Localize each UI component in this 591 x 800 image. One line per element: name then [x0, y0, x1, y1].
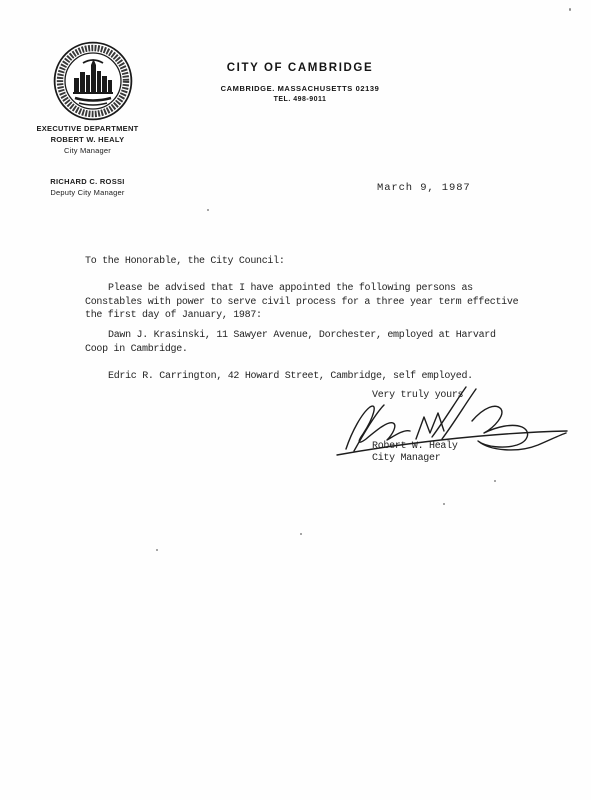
letter-body: To the Honorable, the City Council: Plea…	[85, 255, 521, 383]
paragraph-krasinski: Dawn J. Krasinski, 11 Sawyer Avenue, Dor…	[85, 329, 521, 356]
salutation: To the Honorable, the City Council:	[85, 255, 521, 269]
deputy-manager-title: Deputy City Manager	[25, 187, 150, 198]
letter-page: CITY OF CAMBRIDGE CAMBRIDGE. MASSACHUSET…	[0, 0, 591, 800]
signer-name: Robert W. Healy	[372, 441, 463, 454]
letterhead-phone: TEL. 498-9011	[185, 96, 415, 103]
letterhead: CITY OF CAMBRIDGE CAMBRIDGE. MASSACHUSET…	[185, 62, 415, 103]
letterhead-address: CAMBRIDGE. MASSACHUSETTS 02139	[185, 84, 415, 93]
letter-date: March 9, 1987	[377, 182, 471, 194]
city-manager-name: ROBERT W. HEALY	[25, 134, 150, 145]
letterhead-title: CITY OF CAMBRIDGE	[185, 62, 415, 74]
scan-speck	[569, 8, 571, 11]
closing-block: Very truly yours Robert W. Healy City Ma…	[372, 389, 463, 466]
scan-speck	[443, 503, 445, 505]
scan-speck	[156, 549, 158, 551]
paragraph-carrington: Edric R. Carrington, 42 Howard Street, C…	[85, 370, 521, 384]
scan-speck	[300, 533, 302, 535]
scan-speck	[207, 209, 209, 211]
executive-department-block: EXECUTIVE DEPARTMENT ROBERT W. HEALY Cit…	[25, 123, 150, 156]
paragraph-appointment: Please be advised that I have appointed …	[85, 282, 521, 323]
deputy-manager-block: RICHARD C. ROSSI Deputy City Manager	[25, 176, 150, 198]
city-of-cambridge-seal-icon	[53, 41, 133, 121]
scan-speck	[494, 480, 496, 482]
closing-phrase: Very truly yours	[372, 389, 463, 403]
deputy-manager-name: RICHARD C. ROSSI	[25, 176, 150, 187]
city-manager-title: City Manager	[25, 145, 150, 156]
signer-title: City Manager	[372, 453, 463, 466]
department-label: EXECUTIVE DEPARTMENT	[25, 123, 150, 134]
